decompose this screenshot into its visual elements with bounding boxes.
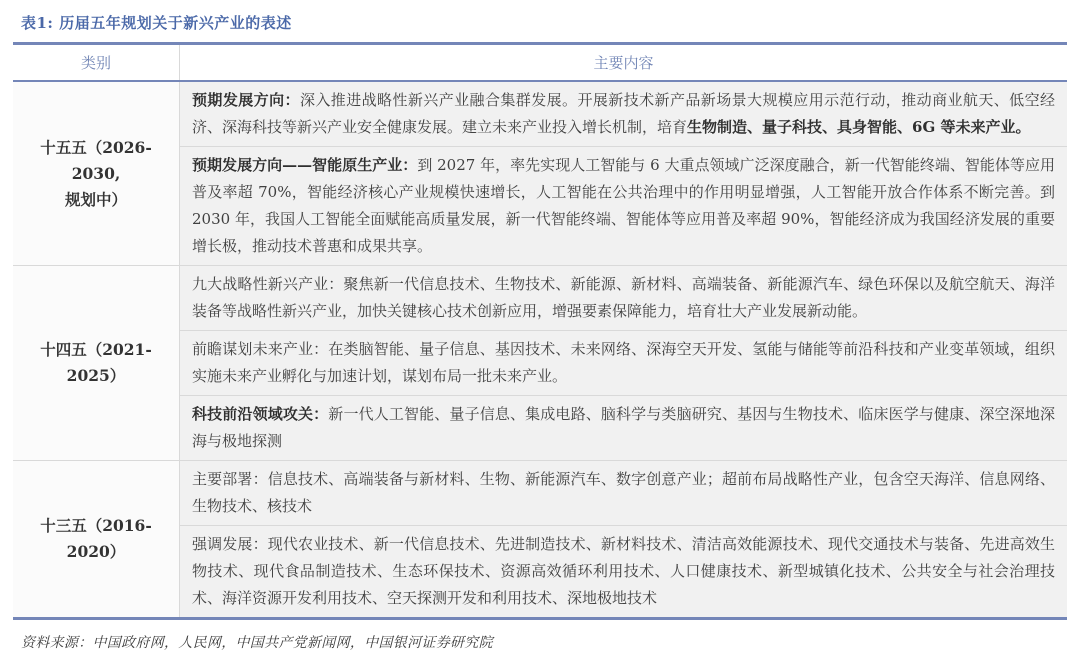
content-text-bold: 预期发展方向——智能原生产业： bbox=[192, 156, 417, 174]
category-cell: 十四五（2021-2025） bbox=[13, 266, 180, 461]
five-year-plan-table: 类别 主要内容 十五五（2026-2030,规划中）预期发展方向：深入推进战略性… bbox=[13, 42, 1067, 620]
source-note: 资料来源：中国政府网，人民网，中国共产党新闻网，中国银河证券研究院 bbox=[13, 620, 1067, 652]
header-row: 类别 主要内容 bbox=[13, 44, 1067, 82]
content-text: 强调发展：现代农业技术、新一代信息技术、先进制造技术、新材料技术、清洁高效能源技… bbox=[192, 535, 1055, 607]
content-cell: 前瞻谋划未来产业：在类脑智能、量子信息、基因技术、未来网络、深海空天开发、氢能与… bbox=[180, 331, 1068, 396]
content-cell: 主要部署：信息技术、高端装备与新材料、生物、新能源汽车、数字创意产业；超前布局战… bbox=[180, 461, 1068, 526]
content-text: 主要部署：信息技术、高端装备与新材料、生物、新能源汽车、数字创意产业；超前布局战… bbox=[192, 470, 1055, 515]
content-cell: 强调发展：现代农业技术、新一代信息技术、先进制造技术、新材料技术、清洁高效能源技… bbox=[180, 526, 1068, 619]
category-line: 十五五（2026-2030, bbox=[19, 135, 173, 187]
category-line: 十四五（2021-2025） bbox=[19, 337, 173, 389]
content-text: 九大战略性新兴产业：聚焦新一代信息技术、生物技术、新能源、新材料、高端装备、新能… bbox=[192, 275, 1055, 320]
content-cell: 科技前沿领域攻关：新一代人工智能、量子信息、集成电路、脑科学与类脑研究、基因与生… bbox=[180, 396, 1068, 461]
table-title: 表1: 历届五年规划关于新兴产业的表述 bbox=[13, 8, 1067, 42]
content-text-bold: 预期发展方向： bbox=[192, 91, 300, 109]
category-cell: 十三五（2016-2020） bbox=[13, 461, 180, 619]
header-content: 主要内容 bbox=[180, 44, 1068, 82]
report-table-page: 表1: 历届五年规划关于新兴产业的表述 类别 主要内容 十五五（2026-203… bbox=[0, 0, 1080, 670]
table-header: 类别 主要内容 bbox=[13, 44, 1067, 82]
category-cell: 十五五（2026-2030,规划中） bbox=[13, 81, 180, 266]
header-category: 类别 bbox=[13, 44, 180, 82]
content-cell: 九大战略性新兴产业：聚焦新一代信息技术、生物技术、新能源、新材料、高端装备、新能… bbox=[180, 266, 1068, 331]
table-body: 十五五（2026-2030,规划中）预期发展方向：深入推进战略性新兴产业融合集群… bbox=[13, 81, 1067, 619]
table-row: 十五五（2026-2030,规划中）预期发展方向：深入推进战略性新兴产业融合集群… bbox=[13, 81, 1067, 147]
table-row: 十三五（2016-2020）主要部署：信息技术、高端装备与新材料、生物、新能源汽… bbox=[13, 461, 1067, 526]
table-row: 十四五（2021-2025）九大战略性新兴产业：聚焦新一代信息技术、生物技术、新… bbox=[13, 266, 1067, 331]
content-text-bold: 生物制造、量子科技、具身智能、6G 等未来产业。 bbox=[687, 118, 1030, 136]
content-text: 前瞻谋划未来产业：在类脑智能、量子信息、基因技术、未来网络、深海空天开发、氢能与… bbox=[192, 340, 1055, 385]
category-line: 十三五（2016-2020） bbox=[19, 513, 173, 565]
content-cell: 预期发展方向——智能原生产业：到 2027 年，率先实现人工智能与 6 大重点领… bbox=[180, 147, 1068, 266]
category-line: 规划中） bbox=[19, 187, 173, 213]
content-text-bold: 科技前沿领域攻关： bbox=[192, 405, 328, 423]
content-cell: 预期发展方向：深入推进战略性新兴产业融合集群发展。开展新技术新产品新场景大规模应… bbox=[180, 81, 1068, 147]
